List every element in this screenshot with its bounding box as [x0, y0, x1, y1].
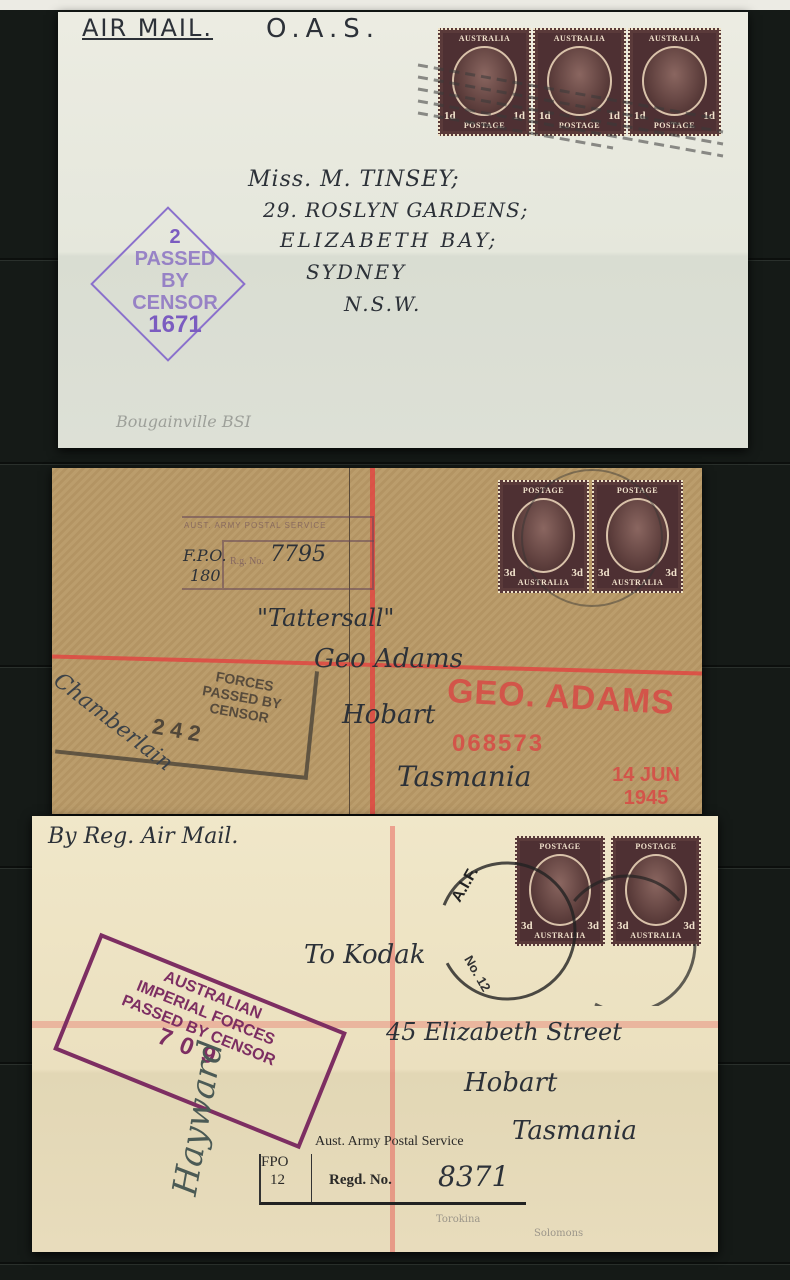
pencil-note: Bougainville BSI [116, 412, 251, 431]
address-line: Tasmania [512, 1116, 637, 1146]
fpo-number: 180 [190, 566, 221, 585]
fpo-label: F.P.O. [183, 546, 227, 565]
postmark-arc [492, 468, 692, 618]
address-line: Hobart [342, 700, 435, 730]
cover-1: AIR MAIL. O.A.S. AUSTRALIA POSTAGE 1d1d … [58, 12, 748, 448]
cover-2: AUST. ARMY POSTAL SERVICE R.g. No. 7795 … [52, 468, 702, 814]
address-line: N.S.W. [344, 292, 421, 316]
postal-service-header: Aust. Army Postal Service [315, 1134, 464, 1150]
reg-number: 8371 [438, 1160, 509, 1193]
pencil-note: Torokina [436, 1214, 480, 1225]
address-line: SYDNEY [306, 260, 406, 284]
address-line: "Tattersall" [257, 604, 394, 632]
reg-label: Regd. No. [329, 1172, 392, 1189]
album-top-strip [0, 0, 790, 10]
album-strip [0, 462, 790, 464]
fpo-label: FPO [261, 1154, 289, 1171]
censor-text: 2 PASSED BY CENSOR 1671 [110, 226, 240, 336]
address-line: 45 Elizabeth Street [386, 1018, 622, 1046]
address-line: Miss. M. TINSEY; [248, 167, 460, 192]
receiving-stamp-date: 14 JUN 1945 [590, 764, 702, 810]
receiving-stamp-name: GEO. ADAMS [446, 672, 676, 723]
address-line: Tasmania [397, 760, 532, 793]
airmail-endorsement: AIR MAIL. [82, 14, 213, 42]
cover-3: By Reg. Air Mail. POSTAGE AUSTRALIA 3d3d… [32, 816, 718, 1252]
address-line: To Kodak [304, 940, 426, 970]
oas-frank: O.A.S. [266, 14, 380, 44]
address-line: Geo Adams [314, 644, 463, 674]
address-line: 29. ROSLYN GARDENS; [263, 198, 528, 222]
fpo-number: 12 [270, 1172, 285, 1189]
album-strip [0, 1262, 790, 1264]
pencil-note: Solomons [534, 1228, 583, 1239]
address-line: Hobart [464, 1068, 557, 1098]
receiving-stamp-number: 068573 [452, 730, 544, 758]
registered-airmail-endorsement: By Reg. Air Mail. [48, 824, 238, 849]
address-line: ELIZABETH BAY; [280, 228, 498, 252]
cancellation-bars [413, 52, 733, 162]
